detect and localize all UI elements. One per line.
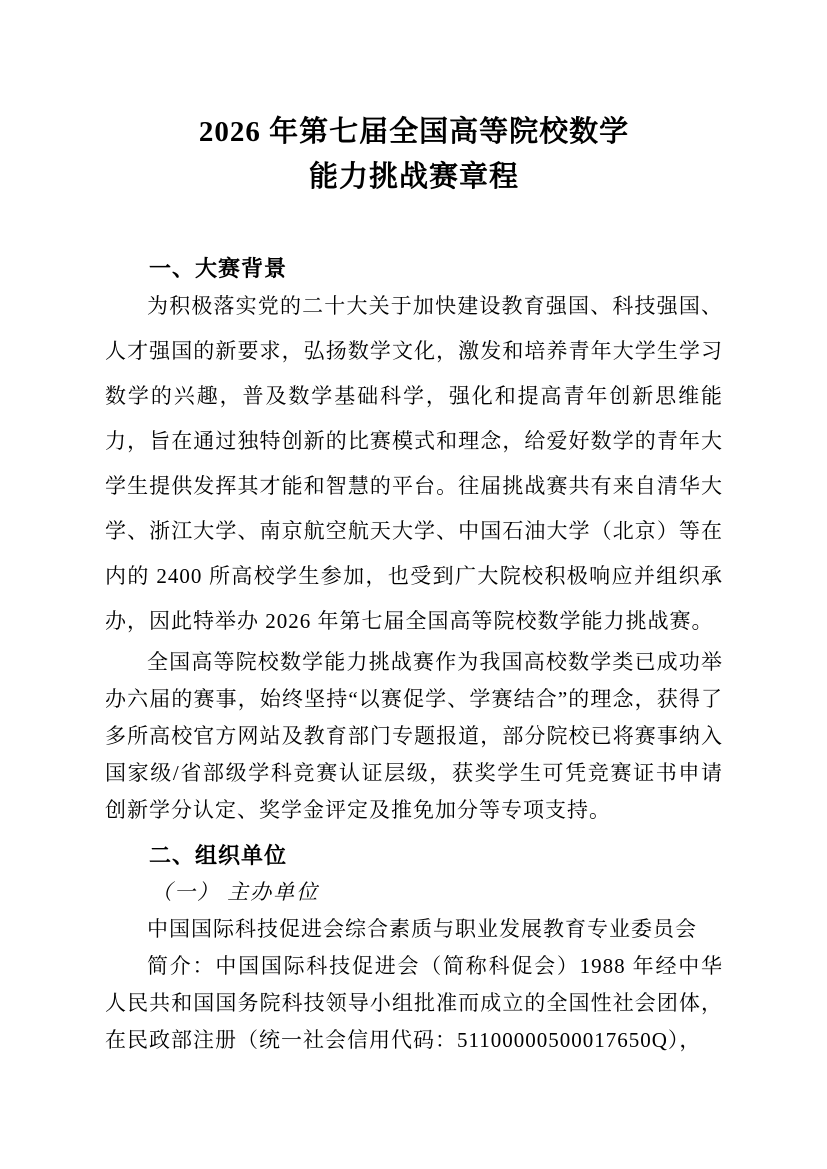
document-page: { "document": { "page_background": "#fff… — [0, 0, 827, 1169]
subheading-host-organizer: （一） 主办单位 — [105, 874, 723, 911]
section-heading-organizers: 二、组织单位 — [105, 841, 723, 871]
organizer-name: 中国国际科技促进会综合素质与职业发展教育专业委员会 — [105, 911, 723, 948]
page-content: 2026 年第七届全国高等院校数学 能力挑战赛章程 一、大赛背景 为积极落实党的… — [105, 0, 723, 1059]
organizer-intro-paragraph: 简介：中国国际科技促进会（简称科促会）1988 年经中华人民共和国国务院科技领导… — [105, 948, 723, 1059]
paragraph-contest-background-2: 全国高等院校数学能力挑战赛作为我国高校数学类已成功举办六届的赛事，始终坚持“以赛… — [105, 644, 723, 829]
section-heading-contest-background: 一、大赛背景 — [105, 254, 723, 284]
doc-title-line-2: 能力挑战赛章程 — [105, 155, 723, 200]
doc-title-line-1: 2026 年第七届全国高等院校数学 — [105, 110, 723, 155]
paragraph-contest-background-1: 为积极落实党的二十大关于加快建设教育强国、科技强国、人才强国的新要求，弘扬数学文… — [105, 284, 723, 644]
doc-title: 2026 年第七届全国高等院校数学 能力挑战赛章程 — [105, 110, 723, 200]
